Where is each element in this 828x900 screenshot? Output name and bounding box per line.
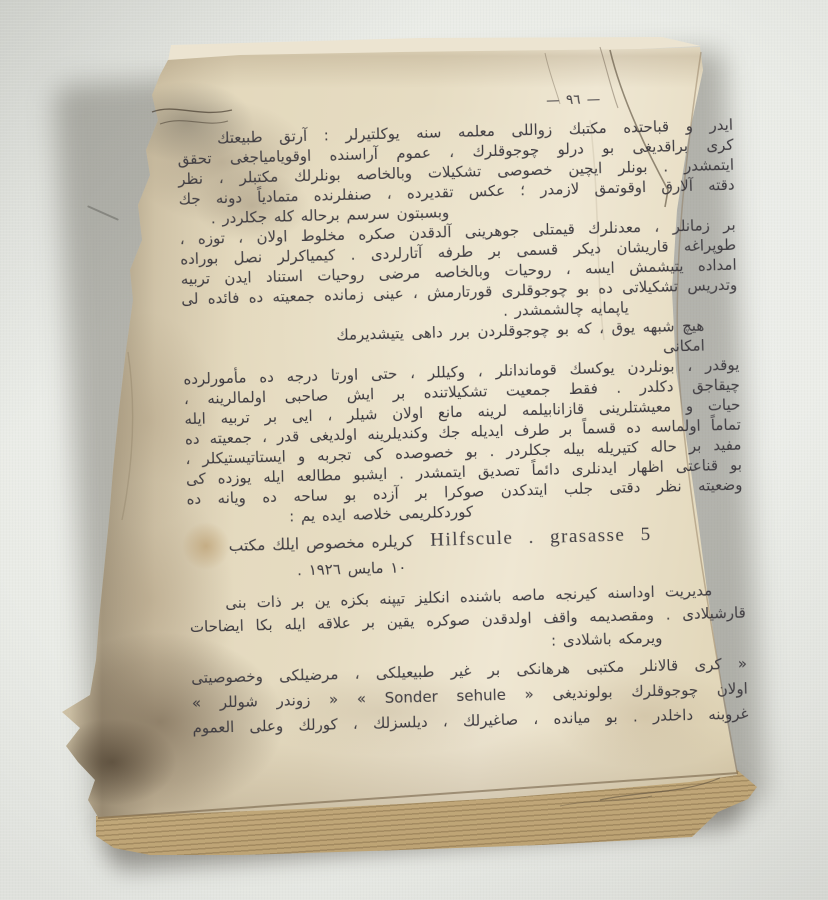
paragraph-1: ايدر و قباحتده مكتبك زواللى معلمه سنه يو… bbox=[177, 115, 735, 230]
photo-background: — ٩٦ — ايدر و قباحتده مكتبك زواللى معلمه… bbox=[0, 0, 828, 900]
heading-line: Hilfscule . grasasse 5 كريلره مخصوص ايلك… bbox=[188, 523, 652, 559]
latin-school-name: Hilfscule . grasasse 5 bbox=[430, 524, 652, 551]
arabic-heading: كريلره مخصوص ايلك مكتب bbox=[228, 532, 413, 555]
paragraph-5: « كرى قالانلر مكتبى هرهانكى بر غير طبيعي… bbox=[191, 652, 749, 742]
paragraph-2: بر زمانلر ، معدنلرك قيمتلى جوهرينى آلدقد… bbox=[179, 215, 737, 330]
paragraph-4: مديريت اوداسنه كيرنجه ماصه باشنده انكليز… bbox=[189, 579, 747, 663]
page-content: — ٩٦ — ايدر و قباحتده مكتبك زواللى معلمه… bbox=[176, 85, 749, 741]
paragraph-3: هيچ شبهه يوق ، كه بو چوجوقلردن برر داهى … bbox=[182, 315, 743, 529]
date-line: ١٠ مايس ١٩٢٦ . bbox=[188, 555, 407, 585]
